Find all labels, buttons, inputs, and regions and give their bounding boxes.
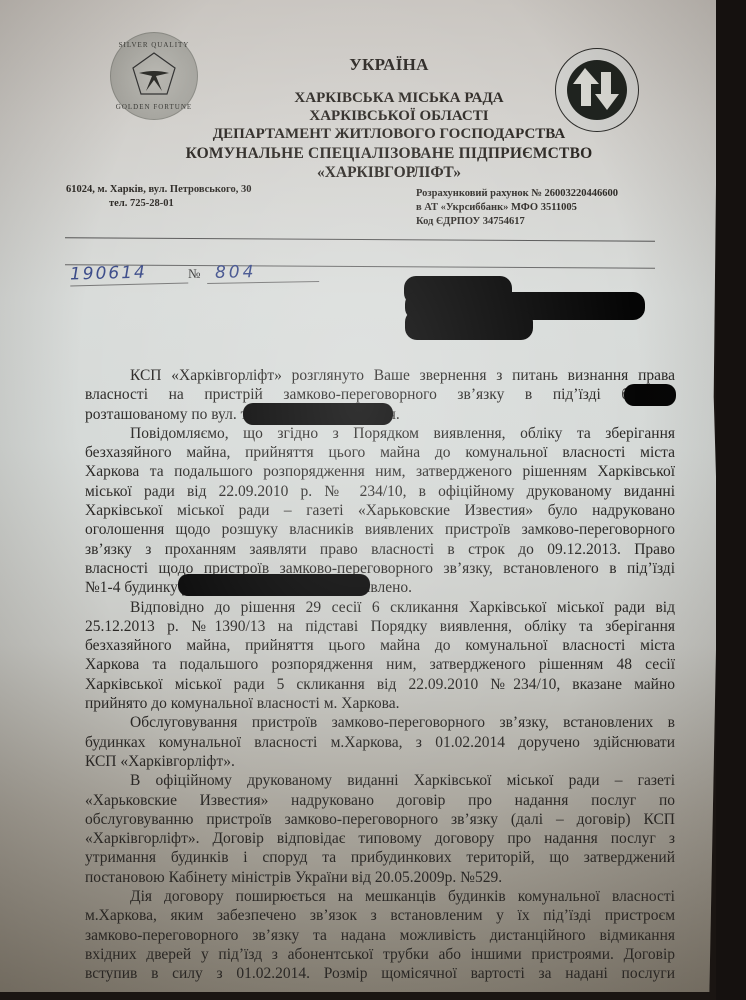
- bank-name: в АТ «Укрсиббанк» МФО 3511005: [416, 201, 618, 215]
- text-line: міської ради від 22.09.2010 р. № 234/10,…: [85, 482, 675, 501]
- letter-body: КСП «Харківгорліфт» розглянуто Ваше звер…: [85, 366, 675, 984]
- text-line: м.Харкова, яким забезпечено зв’язок з вс…: [85, 906, 675, 925]
- redaction-house-number: [624, 384, 676, 406]
- registration-date: 190614: [70, 261, 189, 286]
- text-line: КСП «Харківгорліфт».: [85, 752, 675, 771]
- text-line: власності на пристрій замково-переговорн…: [85, 385, 675, 404]
- registration-number: 804: [207, 261, 319, 284]
- sender-phone: тел. 725-28-01: [66, 197, 252, 211]
- text-line: вступив в силу з 01.02.2014. Розмір щомі…: [85, 964, 675, 983]
- bank-details-block: Розрахунковий рахунок № 26003220446600 в…: [416, 187, 618, 229]
- text-line: безхазяйного майна, прийняття цього майн…: [85, 443, 675, 462]
- logo-top-text: SILVER QUALITY: [111, 41, 197, 49]
- text-line: безхазяйного майна, прийняття цього майн…: [85, 636, 675, 655]
- text-line: вхідних дверей у під’їзд з абонентської …: [85, 945, 675, 964]
- text-line: будинках комунальної власності м.Харкова…: [85, 733, 675, 752]
- sender-address-block: 61024, м. Харків, вул. Петровського, 30 …: [66, 183, 252, 211]
- text-line: утримання будинків і споруд та прибудинк…: [85, 848, 675, 867]
- registration-number-label: №: [188, 266, 200, 282]
- text-line: №1-4 будинку у вказаний строк не було за…: [85, 578, 675, 597]
- text-line: Харкова та подальшого розпорядження ним,…: [85, 462, 675, 481]
- redaction-street-name: [243, 403, 393, 425]
- background-dark-edge: [716, 0, 746, 1000]
- text-line: «Харьковские Известия» надруковано догов…: [85, 791, 675, 810]
- header-country: УКРАЇНА: [30, 55, 746, 75]
- header-department: ДЕПАРТАМЕНТ ЖИТЛОВОГО ГОСПОДАРСТВА: [30, 126, 746, 143]
- text-line: Харківської міської ради – газеті «Харьк…: [85, 501, 675, 520]
- text-line: Харківської міської ради 5 скликання від…: [85, 675, 675, 694]
- letter-page: SILVER QUALITY GOLDEN FORTUNE УКРАЇНА ХА…: [0, 0, 718, 992]
- paragraph-3: Відповідно до рішення 29 сесії 6 скликан…: [85, 598, 675, 714]
- paragraph-4: Обслуговування пристроїв замково-перегов…: [85, 713, 675, 771]
- text-line: зв’язку з проханням заявляти право власн…: [85, 540, 675, 559]
- text-line: прийнято до комунальної власності м. Хар…: [85, 694, 675, 713]
- text-line: обслуговуванню пристроїв замково-перегов…: [85, 810, 675, 829]
- paragraph-6: Дія договору поширюється на мешканців бу…: [85, 887, 675, 983]
- header-enterprise-type: КОМУНАЛЬНЕ СПЕЦІАЛІЗОВАНЕ ПІДПРИЄМСТВО: [30, 145, 746, 163]
- redaction-building-address: [178, 574, 370, 596]
- paragraph-2: Повідомляємо, що згідно з Порядком виявл…: [85, 424, 675, 598]
- text-line: Повідомляємо, що згідно з Порядком виявл…: [85, 424, 675, 443]
- text-line: Дія договору поширюється на мешканців бу…: [85, 887, 675, 906]
- header-region: ХАРКІВСЬКОЇ ОБЛАСТІ: [40, 108, 746, 125]
- text-line: Харкова та подальшого розпорядження ним,…: [85, 655, 675, 674]
- bank-account: Розрахунковий рахунок № 26003220446600: [416, 187, 618, 201]
- redaction-recipient-address-2: [405, 310, 533, 340]
- edrpou-code: Код ЄДРПОУ 34754617: [416, 215, 618, 229]
- text-line: В офіційному друкованому виданні Харківс…: [85, 771, 675, 790]
- text-line: Обслуговування пристроїв замково-перегов…: [85, 713, 675, 732]
- header-council: ХАРКІВСЬКА МІСЬКА РАДА: [40, 90, 746, 107]
- text-line: Відповідно до рішення 29 сесії 6 скликан…: [85, 598, 675, 617]
- text-line: «Харківгорліфт». Договір відповідає типо…: [85, 829, 675, 848]
- text-line: власності щодо пристроїв замково-перегов…: [85, 559, 675, 578]
- paragraph-5: В офіційному друкованому виданні Харківс…: [85, 771, 675, 887]
- text-line: постановою Кабінету міністрів України ві…: [85, 868, 675, 887]
- text-line: замково-переговорного зв’язку та надана …: [85, 926, 675, 945]
- text-line: 25.12.2013 р. №1390/13 на підставі Поряд…: [85, 617, 675, 636]
- header-enterprise-name: «ХАРКІВГОРЛІФТ»: [30, 164, 746, 182]
- header-divider: [65, 237, 655, 242]
- sender-address: 61024, м. Харків, вул. Петровського, 30: [66, 184, 252, 195]
- text-line: оголошення щодо розшуку власників виявле…: [85, 520, 675, 539]
- text-line: КСП «Харківгорліфт» розглянуто Ваше звер…: [85, 366, 675, 385]
